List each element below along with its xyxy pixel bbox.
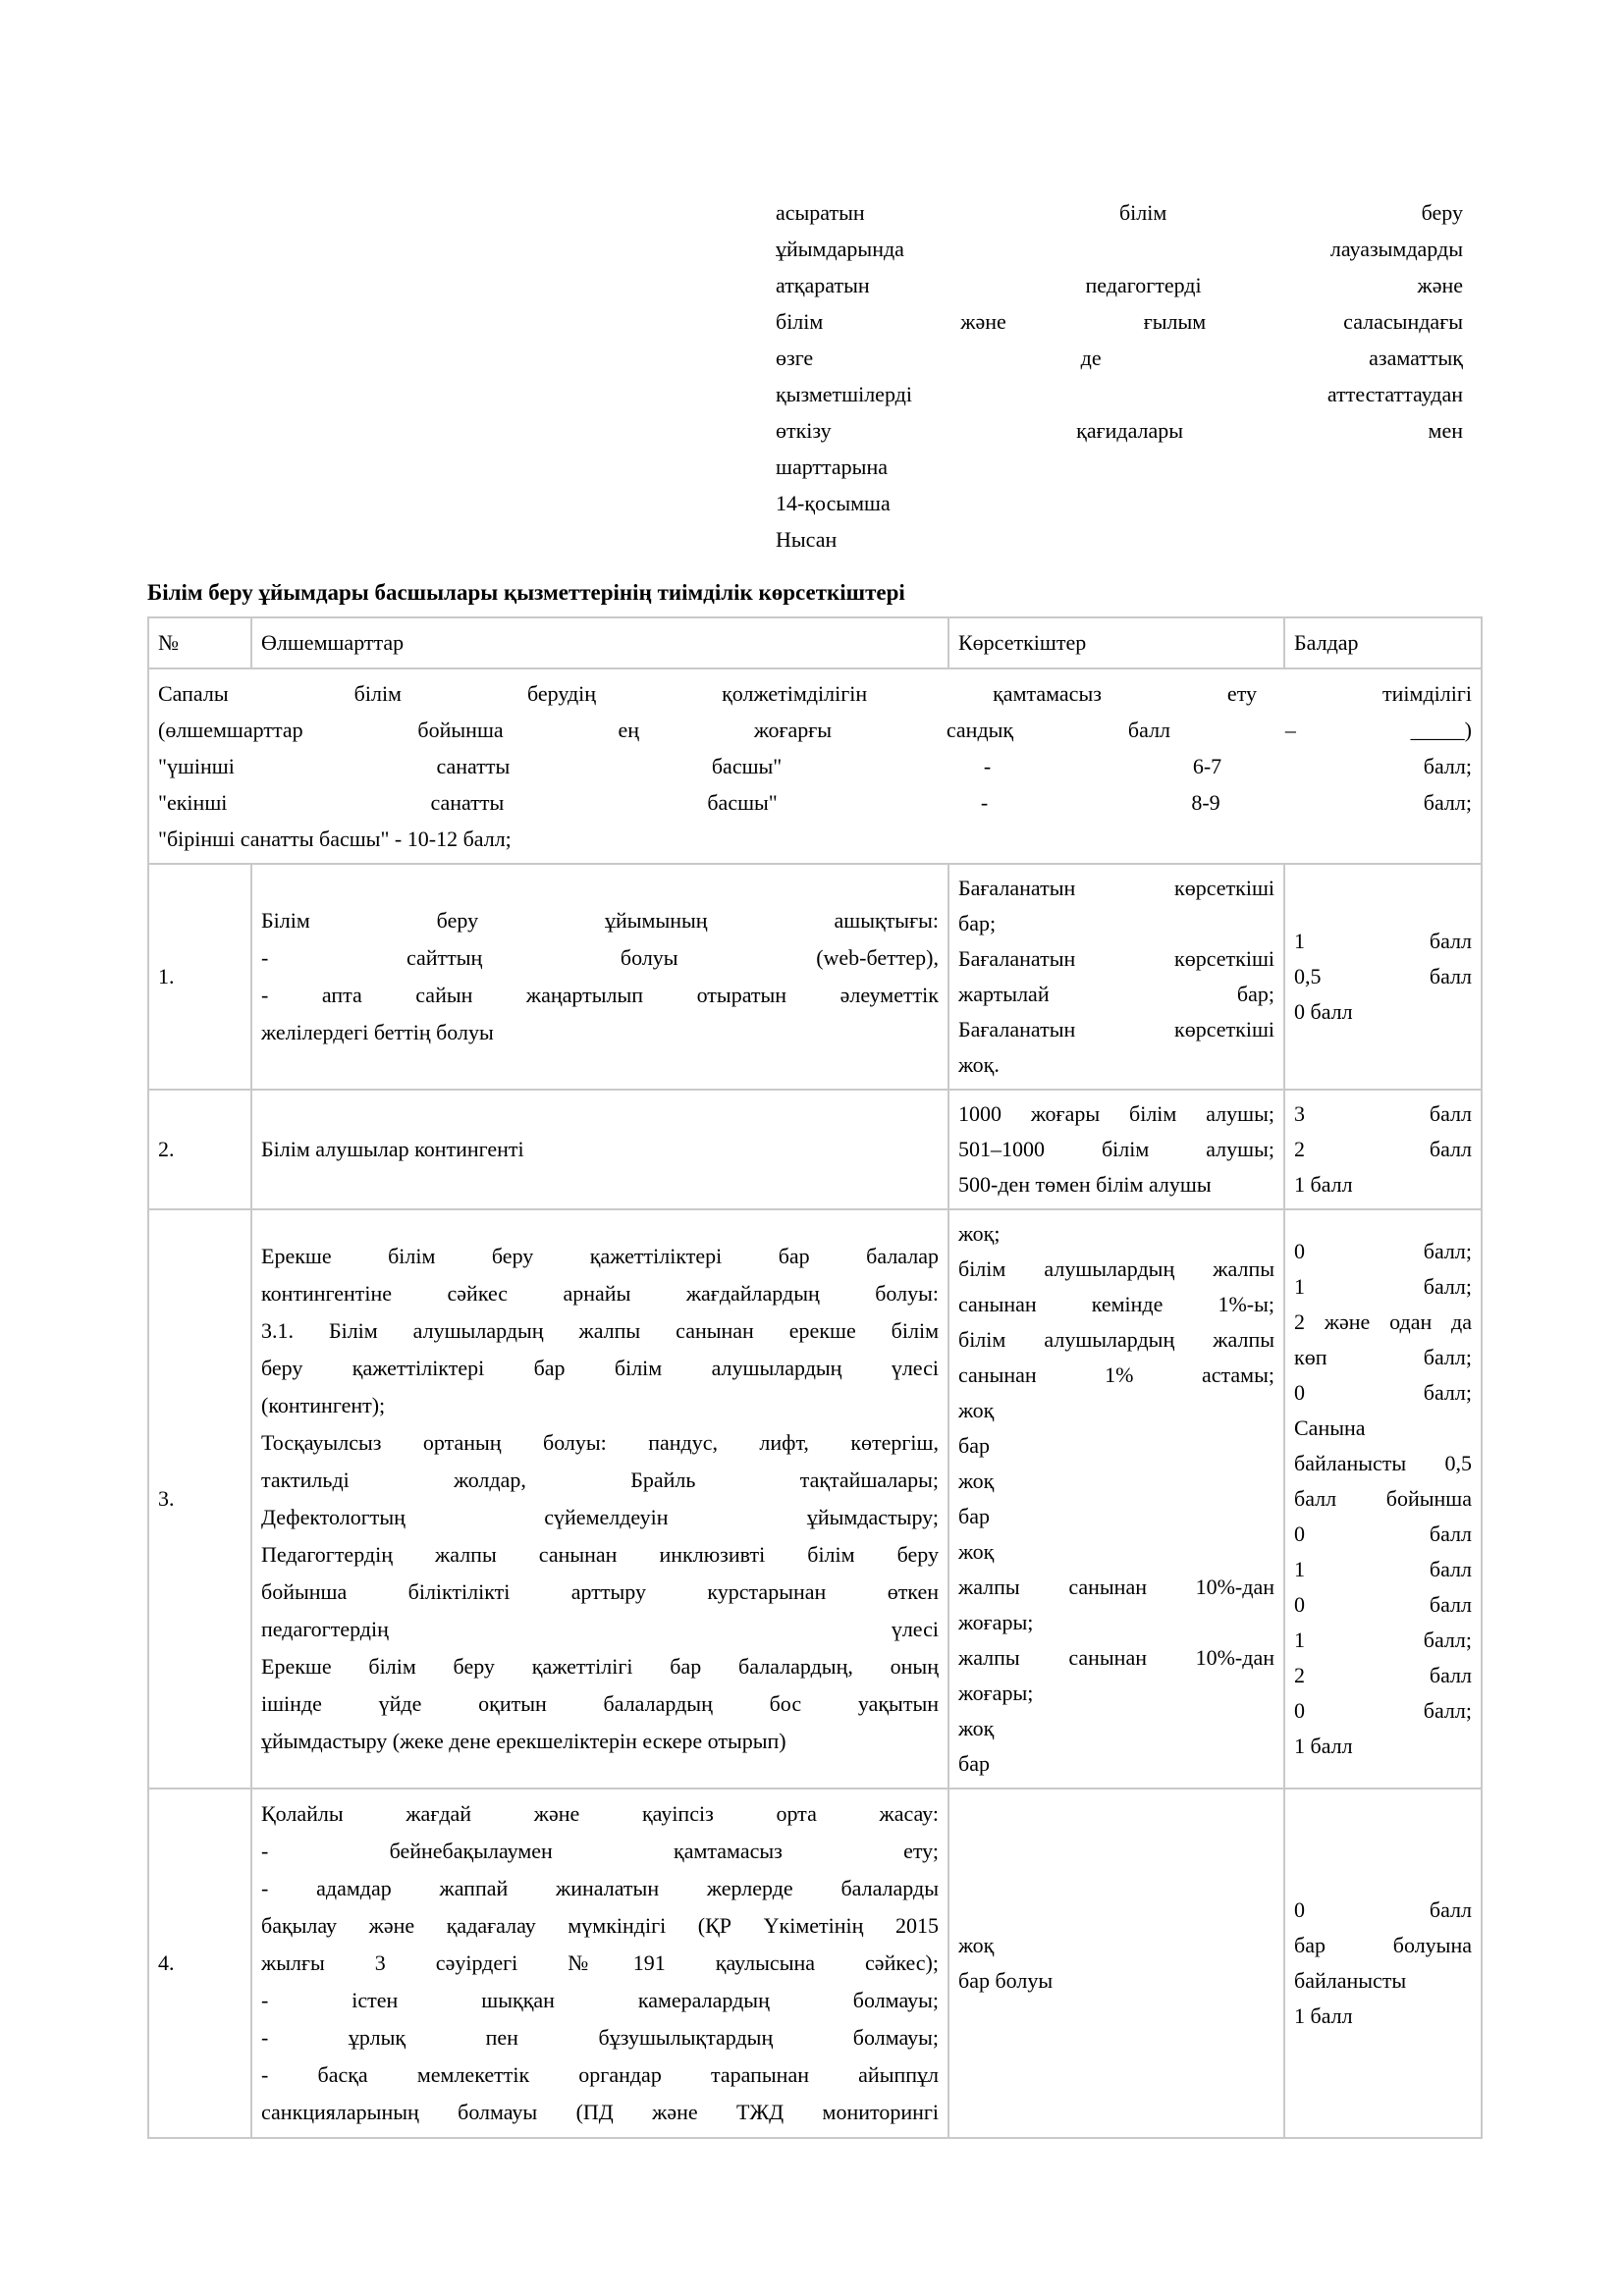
text-line: - апта сайын жаңартылып отыратын әлеумет… bbox=[261, 977, 939, 1014]
scores-cell: 1 балл0,5 балл0 балл bbox=[1284, 864, 1482, 1090]
text-line: 1 балл bbox=[1294, 1167, 1472, 1202]
text-line: жалпы санынан 10%-дан bbox=[958, 1640, 1274, 1676]
text-line: беру қажеттіліктері бар білім алушыларды… bbox=[261, 1350, 939, 1387]
text-line: Білім алушылар контингенті bbox=[261, 1131, 939, 1168]
header-cell-scores: Балдар bbox=[1284, 617, 1482, 668]
row-number-cell: 3. bbox=[148, 1209, 251, 1789]
text-line: Санына bbox=[1294, 1411, 1472, 1446]
text-line: жоқ bbox=[958, 1928, 1274, 1963]
text-line: 1 балл bbox=[1294, 924, 1472, 959]
text-line: 1 балл; bbox=[1294, 1623, 1472, 1658]
text-line: контингентіне сәйкес арнайы жағдайлардың… bbox=[261, 1275, 939, 1312]
text-line: педагогтердің үлесі bbox=[261, 1611, 939, 1648]
text-line: асыратын білім беру bbox=[776, 194, 1463, 231]
text-line: Дефектологтың сүйемелдеуін ұйымдастыру; bbox=[261, 1499, 939, 1536]
text-line: жоқ bbox=[958, 1534, 1274, 1570]
text-line: бар; bbox=[958, 906, 1274, 941]
text-line: - адамдар жаппай жиналатын жерлерде бала… bbox=[261, 1870, 939, 1907]
text-line: "екінші санатты басшы" - 8-9 балл; bbox=[158, 784, 1472, 821]
criteria-cell: Білім алушылар контингенті bbox=[251, 1090, 948, 1209]
text-line: бар болуы bbox=[958, 1963, 1274, 1999]
text-line: 0 балл bbox=[1294, 1587, 1472, 1623]
table-body: 1.Білім беру ұйымының ашықтығы:- сайттың… bbox=[148, 864, 1482, 2138]
indicators-cell: жоқбар болуы bbox=[948, 1789, 1284, 2138]
text-line: Ерекше білім беру қажеттіліктері бар бал… bbox=[261, 1238, 939, 1275]
text-line: жоқ bbox=[958, 1464, 1274, 1499]
text-line: 1 балл bbox=[1294, 1552, 1472, 1587]
header-cell-num: № bbox=[148, 617, 251, 668]
text-line: байланысты 0,5 bbox=[1294, 1446, 1472, 1481]
criteria-cell: Ерекше білім беру қажеттіліктері бар бал… bbox=[251, 1209, 948, 1789]
text-line: өзге де азаматтық bbox=[776, 340, 1463, 376]
text-line: 2 және одан да bbox=[1294, 1305, 1472, 1340]
intro-cell: Сапалы білім берудің қолжетімділігін қам… bbox=[148, 668, 1482, 864]
text-line: - басқа мемлекеттік органдар тарапынан а… bbox=[261, 2056, 939, 2094]
indicators-cell: Бағаланатын көрсеткішібар;Бағаланатын кө… bbox=[948, 864, 1284, 1090]
indicators-cell: жоқ;білім алушылардың жалпысанынан кемін… bbox=[948, 1209, 1284, 1789]
text-line: ұйымдастыру (жеке дене ерекшеліктерін ес… bbox=[261, 1723, 939, 1760]
text-line: санынан 1% астамы; bbox=[958, 1358, 1274, 1393]
text-line: өткізу қағидалары мен bbox=[776, 412, 1463, 449]
text-line: 3 балл bbox=[1294, 1096, 1472, 1132]
scores-cell: 3 балл2 балл1 балл bbox=[1284, 1090, 1482, 1209]
text-line: қызметшілерді аттестаттаудан bbox=[776, 376, 1463, 412]
text-line: 2 балл bbox=[1294, 1132, 1472, 1167]
text-line: Сапалы білім берудің қолжетімділігін қам… bbox=[158, 675, 1472, 712]
appendix-header-note: асыратын білім беруұйымдарында лауазымда… bbox=[776, 194, 1463, 558]
criteria-table: № Өлшемшарттар Көрсеткіштер Балдар Сапал… bbox=[147, 616, 1483, 2139]
text-line: Қолайлы жағдай және қауіпсіз орта жасау: bbox=[261, 1795, 939, 1833]
text-line: 1 балл; bbox=[1294, 1269, 1472, 1305]
table-row: 3.Ерекше білім беру қажеттіліктері бар б… bbox=[148, 1209, 1482, 1789]
text-line: Нысан bbox=[776, 521, 1463, 558]
text-line: 3.1. Білім алушылардың жалпы санынан ере… bbox=[261, 1312, 939, 1350]
row-number-cell: 4. bbox=[148, 1789, 251, 2138]
intro-last-line: "бірінші санатты басшы" - 10-12 балл; bbox=[158, 821, 1472, 857]
text-line: жоқ bbox=[958, 1393, 1274, 1428]
text-line: білім алушылардың жалпы bbox=[958, 1322, 1274, 1358]
page-title: Білім беру ұйымдары басшылары қызметтері… bbox=[147, 579, 1481, 607]
text-line: жартылай бар; bbox=[958, 977, 1274, 1012]
table-row: 4.Қолайлы жағдай және қауіпсіз орта жаса… bbox=[148, 1789, 1482, 2138]
text-line: Білім беру ұйымының ашықтығы: bbox=[261, 902, 939, 939]
text-line: санкцияларының болмауы (ПД және ТЖД мони… bbox=[261, 2094, 939, 2131]
text-line: жылғы 3 сәуірдегі №191 қаулысына сәйкес)… bbox=[261, 1945, 939, 1982]
text-line: 0 балл bbox=[1294, 1893, 1472, 1928]
text-line: көп балл; bbox=[1294, 1340, 1472, 1375]
scores-cell: 0 балл;1 балл;2 және одан дакөп балл;0 б… bbox=[1284, 1209, 1482, 1789]
text-line: санынан кемінде 1%-ы; bbox=[958, 1287, 1274, 1322]
header-cell-indicators: Көрсеткіштер bbox=[948, 617, 1284, 668]
text-line: 1 балл bbox=[1294, 1999, 1472, 2034]
text-line: жоғары; bbox=[958, 1605, 1274, 1640]
text-line: Педагогтердің жалпы санынан инклюзивті б… bbox=[261, 1536, 939, 1574]
text-line: 0,5 балл bbox=[1294, 959, 1472, 994]
text-line: (өлшемшарттар бойынша ең жоғарғы сандық … bbox=[158, 712, 1472, 748]
text-line: бақылау және қадағалау мүмкіндігі (ҚР Үк… bbox=[261, 1907, 939, 1945]
text-line: бар болуына bbox=[1294, 1928, 1472, 1963]
text-line: балл бойынша bbox=[1294, 1481, 1472, 1517]
text-line: - сайттың болуы (web-беттер), bbox=[261, 939, 939, 977]
text-line: жоғары; bbox=[958, 1676, 1274, 1711]
intro-row: Сапалы білім берудің қолжетімділігін қам… bbox=[148, 668, 1482, 864]
text-line: 501–1000 білім алушы; bbox=[958, 1132, 1274, 1167]
row-number-cell: 2. bbox=[148, 1090, 251, 1209]
text-line: 0 балл; bbox=[1294, 1375, 1472, 1411]
table-header-row: № Өлшемшарттар Көрсеткіштер Балдар bbox=[148, 617, 1482, 668]
text-line: желілердегі беттің болуы bbox=[261, 1014, 939, 1051]
text-line: жоқ. bbox=[958, 1047, 1274, 1083]
text-line: 1 балл bbox=[1294, 1729, 1472, 1764]
text-line: 0 балл; bbox=[1294, 1234, 1472, 1269]
text-line: жоқ; bbox=[958, 1216, 1274, 1252]
scores-cell: 0 баллбар болуынабайланысты1 балл bbox=[1284, 1789, 1482, 2138]
text-line: Тосқауылсыз ортаның болуы: пандус, лифт,… bbox=[261, 1424, 939, 1462]
criteria-cell: Қолайлы жағдай және қауіпсіз орта жасау:… bbox=[251, 1789, 948, 2138]
text-line: (контингент); bbox=[261, 1387, 939, 1424]
indicators-cell: 1000 жоғары білім алушы;501–1000 білім а… bbox=[948, 1090, 1284, 1209]
text-line: білім алушылардың жалпы bbox=[958, 1252, 1274, 1287]
criteria-cell: Білім беру ұйымының ашықтығы:- сайттың б… bbox=[251, 864, 948, 1090]
text-line: Бағаланатын көрсеткіші bbox=[958, 871, 1274, 906]
text-line: тактильді жолдар, Брайль тақтайшалары; bbox=[261, 1462, 939, 1499]
text-line: жалпы санынан 10%-дан bbox=[958, 1570, 1274, 1605]
text-line: байланысты bbox=[1294, 1963, 1472, 1999]
text-line: атқаратын педагогтерді және bbox=[776, 267, 1463, 303]
text-line: шарттарына bbox=[776, 449, 1463, 485]
table-row: 1.Білім беру ұйымының ашықтығы:- сайттың… bbox=[148, 864, 1482, 1090]
text-line: Бағаланатын көрсеткіші bbox=[958, 941, 1274, 977]
text-line: бар bbox=[958, 1428, 1274, 1464]
text-line: ұйымдарында лауазымдарды bbox=[776, 231, 1463, 267]
text-line: Ерекше білім беру қажеттілігі бар балала… bbox=[261, 1648, 939, 1685]
document-page: асыратын білім беруұйымдарында лауазымда… bbox=[0, 0, 1624, 2296]
text-line: 500-ден төмен білім алушы bbox=[958, 1167, 1274, 1202]
text-line: "үшінші санатты басшы" - 6-7 балл; bbox=[158, 748, 1472, 784]
text-line: 1000 жоғары білім алушы; bbox=[958, 1096, 1274, 1132]
text-line: 0 балл bbox=[1294, 994, 1472, 1030]
text-line: Бағаланатын көрсеткіші bbox=[958, 1012, 1274, 1047]
text-line: - ұрлық пен бұзушылықтардың болмауы; bbox=[261, 2019, 939, 2056]
text-line: бар bbox=[958, 1746, 1274, 1782]
text-line: ішінде үйде оқитын балалардың бос уақыты… bbox=[261, 1685, 939, 1723]
text-line: - істен шыққан камералардың болмауы; bbox=[261, 1982, 939, 2019]
text-line: бар bbox=[958, 1499, 1274, 1534]
text-line: 0 балл; bbox=[1294, 1693, 1472, 1729]
header-cell-criteria: Өлшемшарттар bbox=[251, 617, 948, 668]
table-row: 2.Білім алушылар контингенті1000 жоғары … bbox=[148, 1090, 1482, 1209]
intro-justified-lines: Сапалы білім берудің қолжетімділігін қам… bbox=[158, 675, 1472, 821]
row-number-cell: 1. bbox=[148, 864, 251, 1090]
text-line: білім және ғылым саласындағы bbox=[776, 303, 1463, 340]
text-line: 0 балл bbox=[1294, 1517, 1472, 1552]
text-line: 14-қосымша bbox=[776, 485, 1463, 521]
text-line: - бейнебақылаумен қамтамасыз ету; bbox=[261, 1833, 939, 1870]
text-line: бойынша біліктілікті арттыру курстарынан… bbox=[261, 1574, 939, 1611]
text-line: 2 балл bbox=[1294, 1658, 1472, 1693]
text-line: жоқ bbox=[958, 1711, 1274, 1746]
